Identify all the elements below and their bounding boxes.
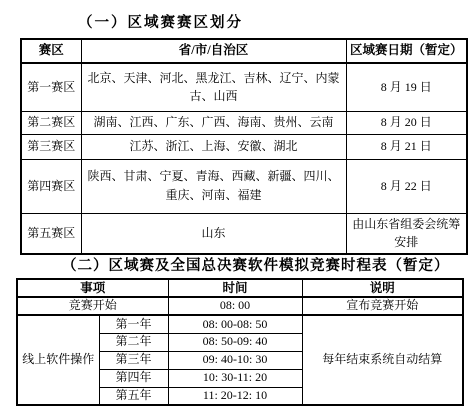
header-provinces: 省/市/自治区 xyxy=(81,39,346,63)
provinces-cell: 北京、天津、河北、黑龙江、吉林、辽宁、内蒙古、山西 xyxy=(81,63,346,111)
year-cell: 第三年 xyxy=(99,351,168,369)
table-row: 线上软件操作 第一年 08: 00-08: 50 每年结束系统自动结算 xyxy=(17,315,463,333)
section1-title: （一）区域赛赛区划分 xyxy=(78,11,243,32)
header-note: 说明 xyxy=(302,279,463,297)
time-cell: 09: 40-10: 30 xyxy=(168,351,302,369)
time-cell: 08: 00 xyxy=(168,297,302,315)
item-cell: 竞赛开始 xyxy=(17,297,168,315)
zone-cell: 第二赛区 xyxy=(21,111,81,134)
note-cell: 宣布竞赛开始 xyxy=(302,297,463,315)
zone-cell: 第三赛区 xyxy=(21,134,81,159)
table-header-row: 赛区 省/市/自治区 区域赛日期（暂定） xyxy=(21,39,467,63)
zone-cell: 第一赛区 xyxy=(21,63,81,111)
provinces-cell: 湖南、江西、广东、广西、海南、贵州、云南 xyxy=(81,111,346,134)
provinces-cell: 山东 xyxy=(81,213,346,254)
date-cell: 8 月 20 日 xyxy=(346,111,467,134)
table-row: 第一赛区 北京、天津、河北、黑龙江、吉林、辽宁、内蒙古、山西 8 月 19 日 xyxy=(21,63,467,111)
zone-division-table: 赛区 省/市/自治区 区域赛日期（暂定） 第一赛区 北京、天津、河北、黑龙江、吉… xyxy=(20,38,468,255)
header-zone: 赛区 xyxy=(21,39,81,63)
zone-cell: 第四赛区 xyxy=(21,159,81,213)
table-row: 第五赛区 山东 由山东省组委会统筹安排 xyxy=(21,213,467,254)
header-item: 事项 xyxy=(17,279,168,297)
date-cell: 8 月 22 日 xyxy=(346,159,467,213)
operation-label-cell: 线上软件操作 xyxy=(17,315,99,405)
time-cell: 10: 30-11: 20 xyxy=(168,369,302,387)
year-cell: 第二年 xyxy=(99,333,168,351)
schedule-table: 事项 时间 说明 竞赛开始 08: 00 宣布竞赛开始 线上软件操作 第一年 0… xyxy=(16,278,464,406)
provinces-cell: 江苏、浙江、上海、安徽、湖北 xyxy=(81,134,346,159)
operation-note-cell: 每年结束系统自动结算 xyxy=(302,315,463,405)
time-cell: 11: 20-12: 10 xyxy=(168,387,302,405)
header-date: 区域赛日期（暂定） xyxy=(346,39,467,63)
time-cell: 08: 00-08: 50 xyxy=(168,315,302,333)
table-row: 竞赛开始 08: 00 宣布竞赛开始 xyxy=(17,297,463,315)
zone-cell: 第五赛区 xyxy=(21,213,81,254)
provinces-cell: 陕西、甘肃、宁夏、青海、西藏、新疆、四川、重庆、河南、福建 xyxy=(81,159,346,213)
date-cell: 8 月 19 日 xyxy=(346,63,467,111)
header-time: 时间 xyxy=(168,279,302,297)
table-row: 第四赛区 陕西、甘肃、宁夏、青海、西藏、新疆、四川、重庆、河南、福建 8 月 2… xyxy=(21,159,467,213)
year-cell: 第四年 xyxy=(99,369,168,387)
date-cell: 8 月 21 日 xyxy=(346,134,467,159)
table-row: 第三赛区 江苏、浙江、上海、安徽、湖北 8 月 21 日 xyxy=(21,134,467,159)
time-cell: 08: 50-09: 40 xyxy=(168,333,302,351)
date-cell: 由山东省组委会统筹安排 xyxy=(346,213,467,254)
section2-title: （二）区域赛及全国总决赛软件模拟竞赛时程表（暂定） xyxy=(62,254,450,275)
table-row: 第二赛区 湖南、江西、广东、广西、海南、贵州、云南 8 月 20 日 xyxy=(21,111,467,134)
year-cell: 第五年 xyxy=(99,387,168,405)
year-cell: 第一年 xyxy=(99,315,168,333)
table-header-row: 事项 时间 说明 xyxy=(17,279,463,297)
document-page: （一）区域赛赛区划分 赛区 省/市/自治区 区域赛日期（暂定） 第一赛区 北京、… xyxy=(0,0,476,409)
